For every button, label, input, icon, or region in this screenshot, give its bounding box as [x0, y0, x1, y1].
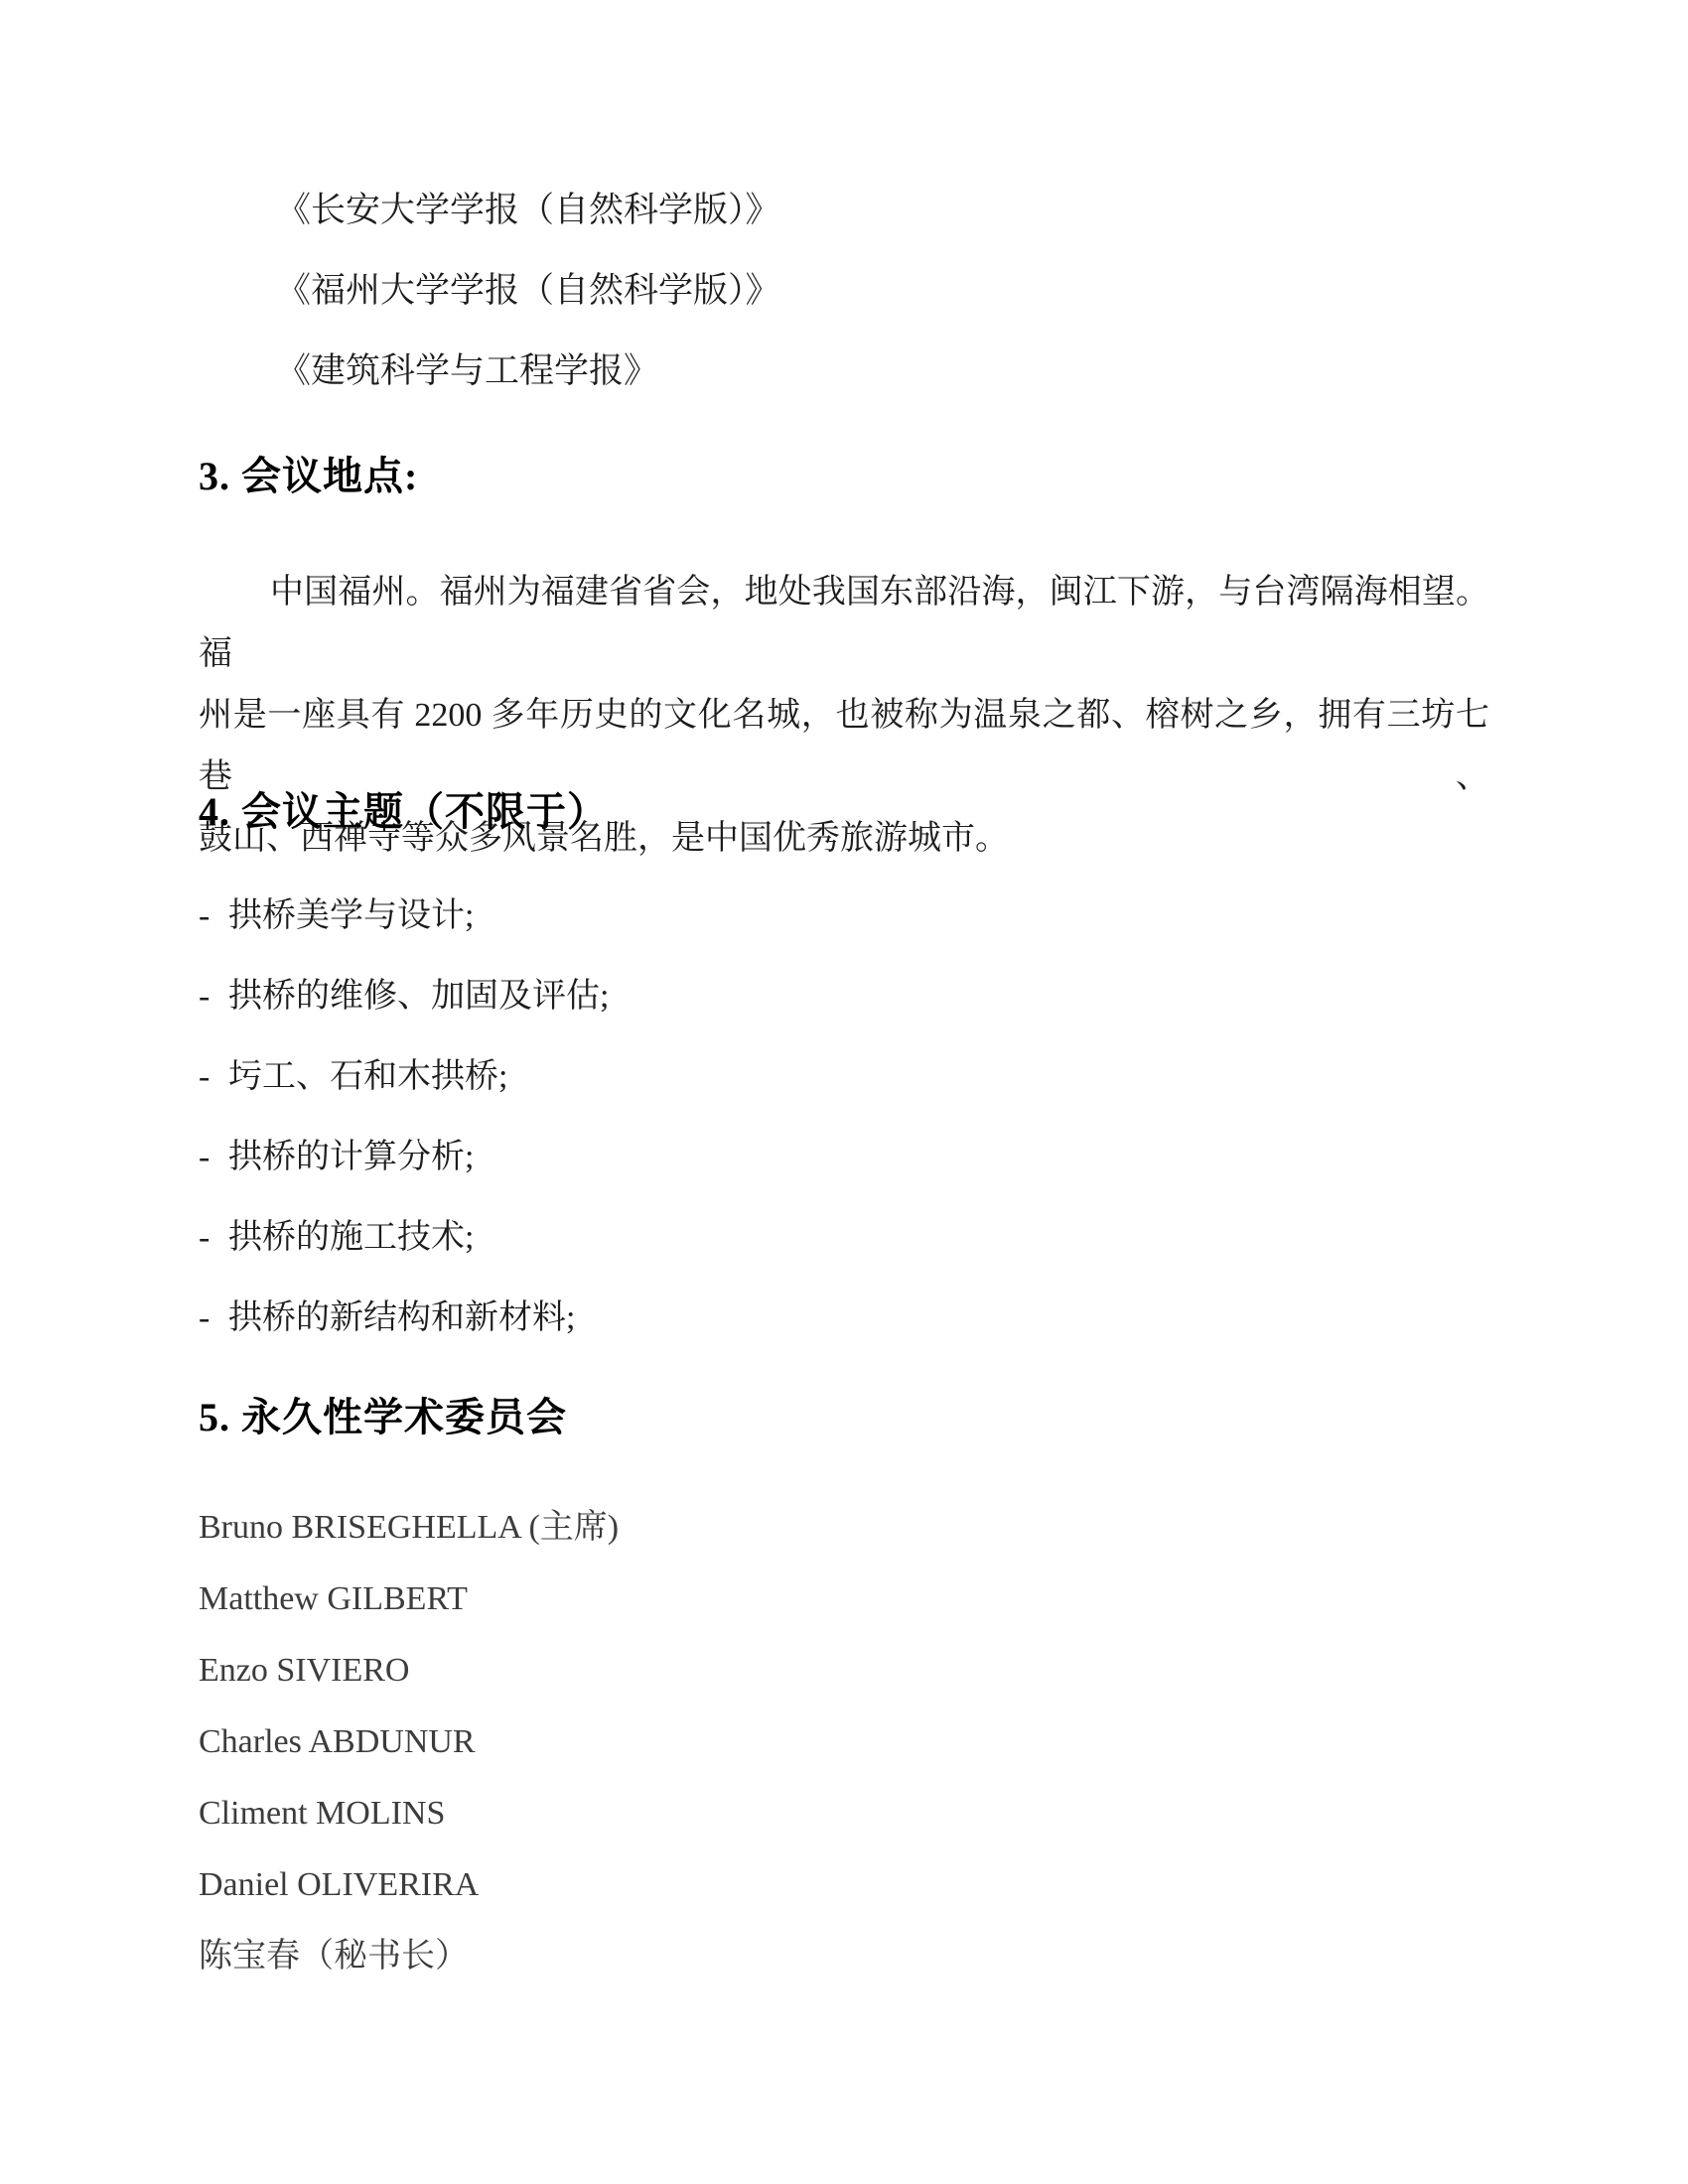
document-page: 《长安大学学报（自然科学版）》 《福州大学学报（自然科学版）》 《建筑科学与工程…	[0, 0, 1688, 2184]
committee-member: Climent MOLINS	[199, 1792, 619, 1836]
topic-text: 拱桥的计算分析;	[228, 1136, 474, 1179]
topic-dash: -	[199, 894, 228, 938]
journal-item: 《福州大学学报（自然科学版）》	[276, 269, 780, 313]
topic-text: 圬工、石和木拱桥;	[228, 1055, 507, 1099]
topic-dash: -	[199, 1136, 228, 1179]
topic-text: 拱桥的新结构和新材料;	[228, 1297, 575, 1340]
committee-member: Daniel OLIVERIRA	[199, 1863, 619, 1907]
journal-item: 《建筑科学与工程学报》	[276, 349, 780, 393]
journal-list: 《长安大学学报（自然科学版）》 《福州大学学报（自然科学版）》 《建筑科学与工程…	[276, 189, 780, 430]
topic-item: - 拱桥的计算分析;	[199, 1136, 609, 1179]
topic-text: 拱桥美学与设计;	[228, 894, 474, 938]
topic-item: - 拱桥的新结构和新材料;	[199, 1297, 609, 1340]
topic-item: - 拱桥的维修、加固及评估;	[199, 975, 609, 1019]
topic-item: - 拱桥美学与设计;	[199, 894, 609, 938]
journal-item: 《长安大学学报（自然科学版）》	[276, 189, 780, 232]
committee-member: Matthew GILBERT	[199, 1577, 619, 1621]
committee-member: Bruno BRISEGHELLA (主席)	[199, 1506, 619, 1550]
topic-dash: -	[199, 975, 228, 1019]
section-heading-venue: 3. 会议地点:	[199, 453, 418, 500]
topic-item: - 圬工、石和木拱桥;	[199, 1055, 609, 1099]
topic-dash: -	[199, 1055, 228, 1099]
section-heading-topics: 4. 会议主题（不限于）	[199, 788, 608, 836]
section-heading-committee: 5. 永久性学术委员会	[199, 1394, 567, 1441]
topic-dash: -	[199, 1216, 228, 1260]
topic-dash: -	[199, 1297, 228, 1340]
topic-text: 拱桥的维修、加固及评估;	[228, 975, 609, 1019]
committee-member: Enzo SIVIERO	[199, 1649, 619, 1693]
committee-member: Charles ABDUNUR	[199, 1720, 619, 1764]
topic-list: - 拱桥美学与设计; - 拱桥的维修、加固及评估; - 圬工、石和木拱桥; - …	[199, 894, 609, 1377]
venue-paragraph-line: 中国福州。福州为福建省省会，地处我国东部沿海，闽江下游，与台湾隔海相望。福	[199, 562, 1489, 685]
committee-member: 陈宝春（秘书长）	[199, 1935, 619, 1979]
topic-item: - 拱桥的施工技术;	[199, 1216, 609, 1260]
committee-member-list: Bruno BRISEGHELLA (主席) Matthew GILBERT E…	[199, 1506, 619, 2006]
topic-text: 拱桥的施工技术;	[228, 1216, 474, 1260]
